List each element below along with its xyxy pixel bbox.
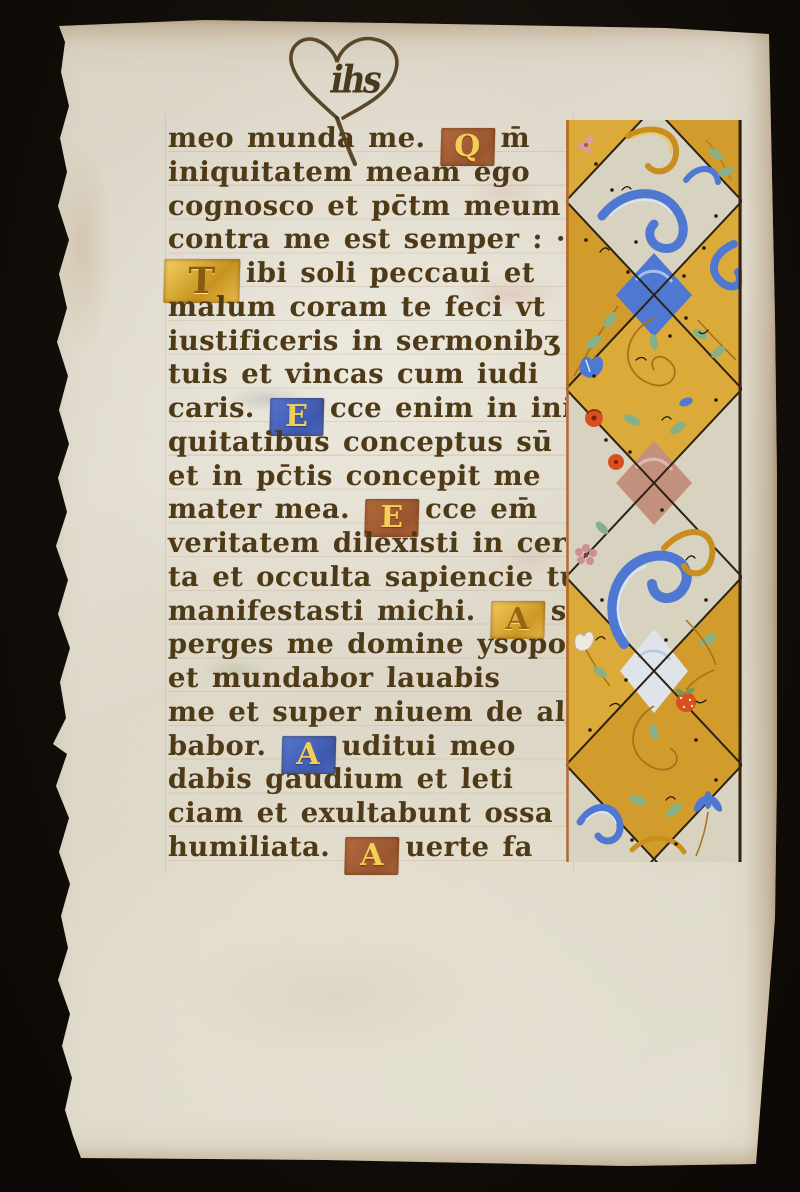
text-line: caris. Ecce enim in ini [168, 392, 575, 426]
text-block: meo munda me. Qm̄iniquitatem meam egocog… [168, 122, 574, 865]
line-text: m̄ [500, 122, 530, 154]
text-line: babor. Auditui meo [168, 730, 575, 764]
line-text: uerte fa [405, 831, 533, 863]
text-line: me et super niuem de al/ [168, 696, 575, 730]
text-line: quitatibus conceptus sū [168, 426, 575, 460]
stain [53, 138, 113, 358]
line-text: caris. [168, 392, 269, 424]
text-line: dabis gaudium et leti [168, 763, 575, 797]
line-text: contra me est semper : · [168, 223, 567, 255]
heart-monogram: ihs [327, 57, 384, 102]
line-text: tuis et vincas cum iudi [168, 358, 540, 390]
line-text: malum coram te feci vt [168, 291, 546, 323]
line-text: me et super niuem de al/ [168, 696, 577, 728]
line-text: cce em̄ [425, 493, 538, 525]
ruling-line-vertical [165, 114, 166, 874]
line-text: s [550, 595, 567, 627]
line-text: quitatibus conceptus sū [168, 426, 553, 458]
text-line: et in pc̄tis concepit me [168, 460, 575, 494]
parchment-page: ihs meo munda me. Qm̄iniquitatem meam eg… [25, 18, 777, 1170]
stain [175, 918, 495, 1068]
text-line: ta et occulta sapiencie tue [168, 561, 575, 595]
line-text: ciam et exultabunt ossa [168, 797, 554, 829]
text-line: iniquitatem meam ego [168, 156, 575, 190]
text-line: manifestasti michi. As [168, 595, 575, 629]
line-text: iniquitatem meam ego [168, 156, 531, 188]
text-line: malum coram te feci vt [168, 291, 575, 325]
photo-background: ihs meo munda me. Qm̄iniquitatem meam eg… [0, 0, 800, 1192]
line-text: dabis gaudium et leti [168, 763, 514, 795]
text-line: meo munda me. Qm̄ [168, 122, 575, 156]
text-line: et mundabor lauabis [168, 662, 575, 696]
illuminated-initial: A [345, 837, 400, 875]
text-line: veritatem dilexisti in cer [168, 527, 575, 561]
line-text: babor. [168, 730, 280, 762]
text-line: cognosco et pc̄tm meum [168, 190, 575, 224]
line-text: uditui meo [341, 730, 516, 762]
text-line: iustificeris in sermonibʒ [168, 325, 575, 359]
line-text: manifestasti michi. [168, 595, 490, 627]
line-text: humiliata. [168, 831, 344, 863]
illuminated-border [566, 120, 742, 862]
line-text: ibi soli peccaui et [246, 257, 536, 289]
text-line: tuis et vincas cum iudi [168, 358, 575, 392]
text-line: Tibi soli peccaui et [168, 257, 575, 291]
line-text: mater mea. [168, 493, 364, 525]
line-text: meo munda me. [168, 122, 439, 154]
line-text: cce enim in ini [330, 392, 574, 424]
text-line: humiliata. Auerte fa [168, 831, 575, 865]
text-line: contra me est semper : · [168, 223, 575, 257]
line-text: ta et occulta sapiencie tue [168, 561, 599, 593]
text-line: ciam et exultabunt ossa [168, 797, 575, 831]
line-text: veritatem dilexisti in cer [168, 527, 567, 559]
line-text: et mundabor lauabis [168, 662, 501, 694]
text-line: perges me domine ysopo [168, 628, 575, 662]
line-text: iustificeris in sermonibʒ [168, 325, 561, 357]
line-text: et in pc̄tis concepit me [168, 460, 542, 492]
text-line: mater mea. Ecce em̄ [168, 493, 575, 527]
line-text: perges me domine ysopo [168, 628, 567, 660]
line-text: cognosco et pc̄tm meum [168, 190, 562, 222]
